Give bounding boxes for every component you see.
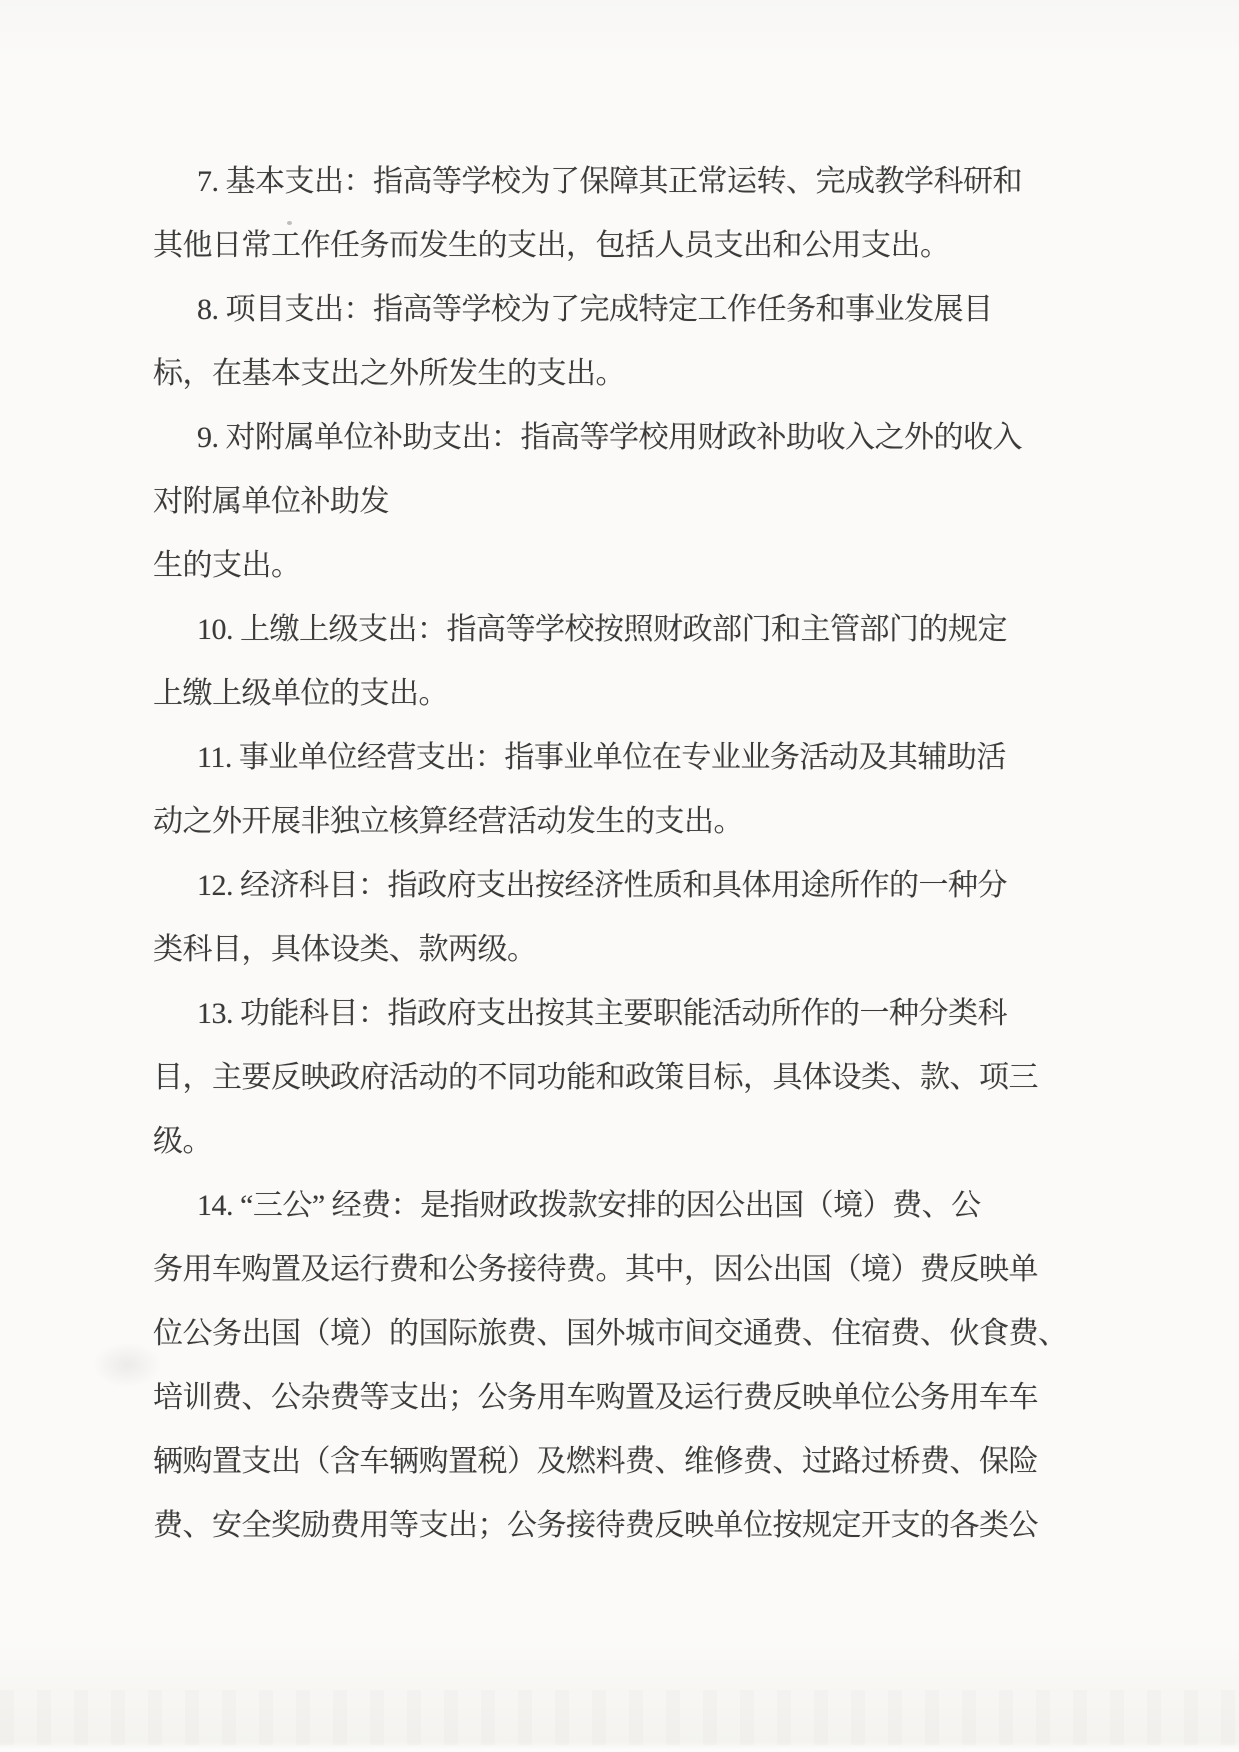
scan-noise xyxy=(0,1690,1239,1745)
scan-smudge xyxy=(92,1342,162,1388)
text-line-item-9-2: 生的支出。 xyxy=(153,534,1113,598)
text-line-item-13-1: 目，主要反映政府活动的不同功能和政策目标，具体设类、款、项三 xyxy=(153,1046,1113,1110)
text-line-item-8-0: 8. 项目支出：指高等学校为了完成特定工作任务和事业发展目 xyxy=(153,278,1113,342)
document-page: 7. 基本支出：指高等学校为了保障其正常运转、完成教学科研和其他日常工作任务而发… xyxy=(0,0,1239,1752)
text-line-item-10-1: 上缴上级单位的支出。 xyxy=(153,662,1113,726)
document-text: 7. 基本支出：指高等学校为了保障其正常运转、完成教学科研和其他日常工作任务而发… xyxy=(153,150,1113,1558)
text-line-item-14-0: 14. “三公” 经费：是指财政拨款安排的因公出国（境）费、公 xyxy=(153,1174,1113,1238)
text-line-item-12-0: 12. 经济科目：指政府支出按经济性质和具体用途所作的一种分 xyxy=(153,854,1113,918)
text-line-item-12-1: 类科目，具体设类、款两级。 xyxy=(153,918,1113,982)
text-line-item-13-0: 13. 功能科目：指政府支出按其主要职能活动所作的一种分类科 xyxy=(153,982,1113,1046)
text-line-item-7-1: 其他日常工作任务而发生的支出，包括人员支出和公用支出。 xyxy=(153,214,1113,278)
scan-speck xyxy=(287,221,292,225)
text-line-item-8-1: 标，在基本支出之外所发生的支出。 xyxy=(153,342,1113,406)
text-line-item-10-0: 10. 上缴上级支出：指高等学校按照财政部门和主管部门的规定 xyxy=(153,598,1113,662)
text-line-item-14-4: 辆购置支出（含车辆购置税）及燃料费、维修费、过路过桥费、保险 xyxy=(153,1430,1113,1494)
text-line-item-14-2: 位公务出国（境）的国际旅费、国外城市间交通费、住宿费、伙食费、 xyxy=(153,1302,1113,1366)
text-line-item-14-5: 费、安全奖励费用等支出；公务接待费反映单位按规定开支的各类公 xyxy=(153,1494,1113,1558)
text-line-item-14-3: 培训费、公杂费等支出；公务用车购置及运行费反映单位公务用车车 xyxy=(153,1366,1113,1430)
text-line-item-14-1: 务用车购置及运行费和公务接待费。其中，因公出国（境）费反映单 xyxy=(153,1238,1113,1302)
text-line-item-9-1: 对附属单位补助发 xyxy=(153,470,1113,534)
text-line-item-11-1: 动之外开展非独立核算经营活动发生的支出。 xyxy=(153,790,1113,854)
text-line-item-11-0: 11. 事业单位经营支出：指事业单位在专业业务活动及其辅助活 xyxy=(153,726,1113,790)
text-line-item-7-0: 7. 基本支出：指高等学校为了保障其正常运转、完成教学科研和 xyxy=(153,150,1113,214)
text-line-item-9-0: 9. 对附属单位补助支出：指高等学校用财政补助收入之外的收入 xyxy=(153,406,1113,470)
text-line-item-13-2: 级。 xyxy=(153,1110,1113,1174)
